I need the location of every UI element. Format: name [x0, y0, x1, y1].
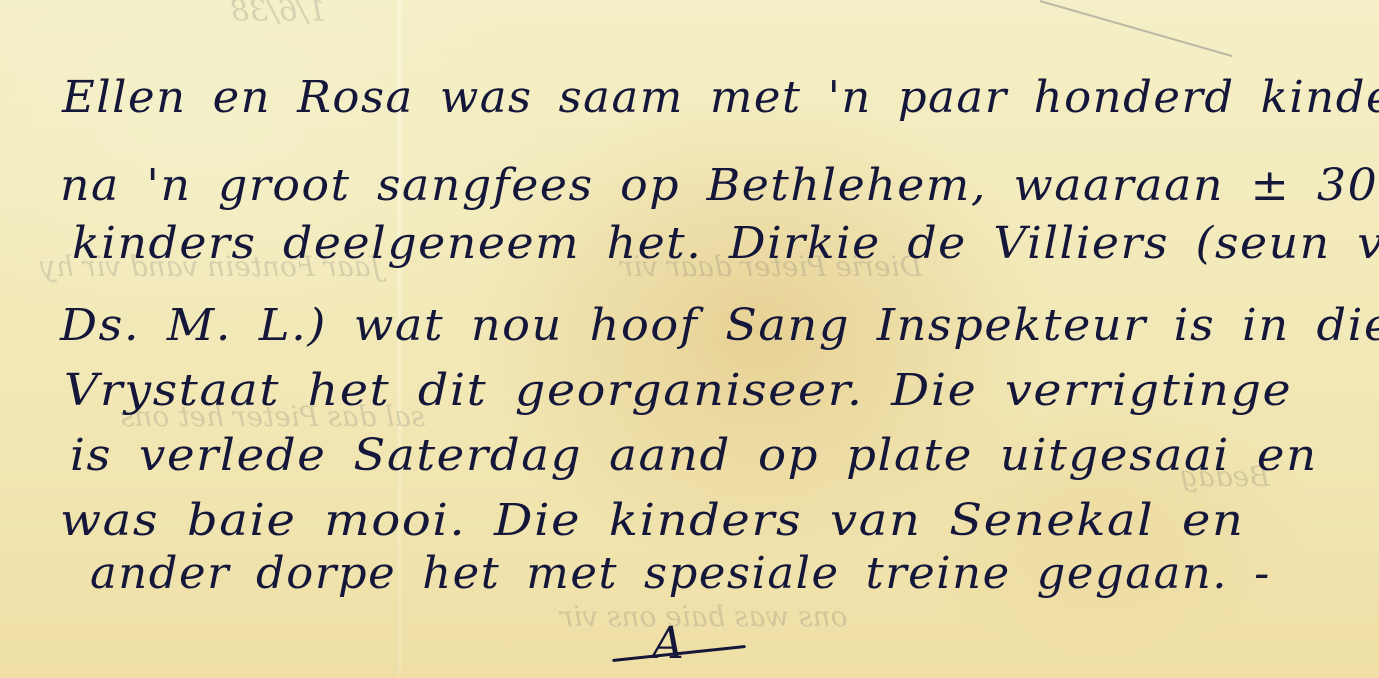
letter-line-1: Ellen en Rosa was saam met 'n paar honde…	[62, 72, 1379, 123]
letter-line-3: kinders deelgeneem het. Dirkie de Villie…	[72, 218, 1379, 269]
letter-line-5: Vrystaat het dit georganiseer. Die verri…	[64, 365, 1292, 416]
letter-line-4: Ds. M. L.) wat nou hoof Sang Inspekteur …	[60, 300, 1379, 351]
letter-line-2: na 'n groot sangfees op Bethlehem, waara…	[60, 160, 1379, 211]
letter-line-7: was baie mooi. Die kinders van Senekal e…	[60, 495, 1245, 546]
signature-initial: A	[652, 618, 684, 669]
letter-line-6: is verlede Saterdag aand op plate uitges…	[70, 430, 1318, 481]
signature: A	[612, 618, 742, 674]
handwritten-letter: Ellen en Rosa was saam met 'n paar honde…	[0, 0, 1379, 678]
letter-line-8: ander dorpe het met spesiale treine gega…	[90, 548, 1271, 599]
